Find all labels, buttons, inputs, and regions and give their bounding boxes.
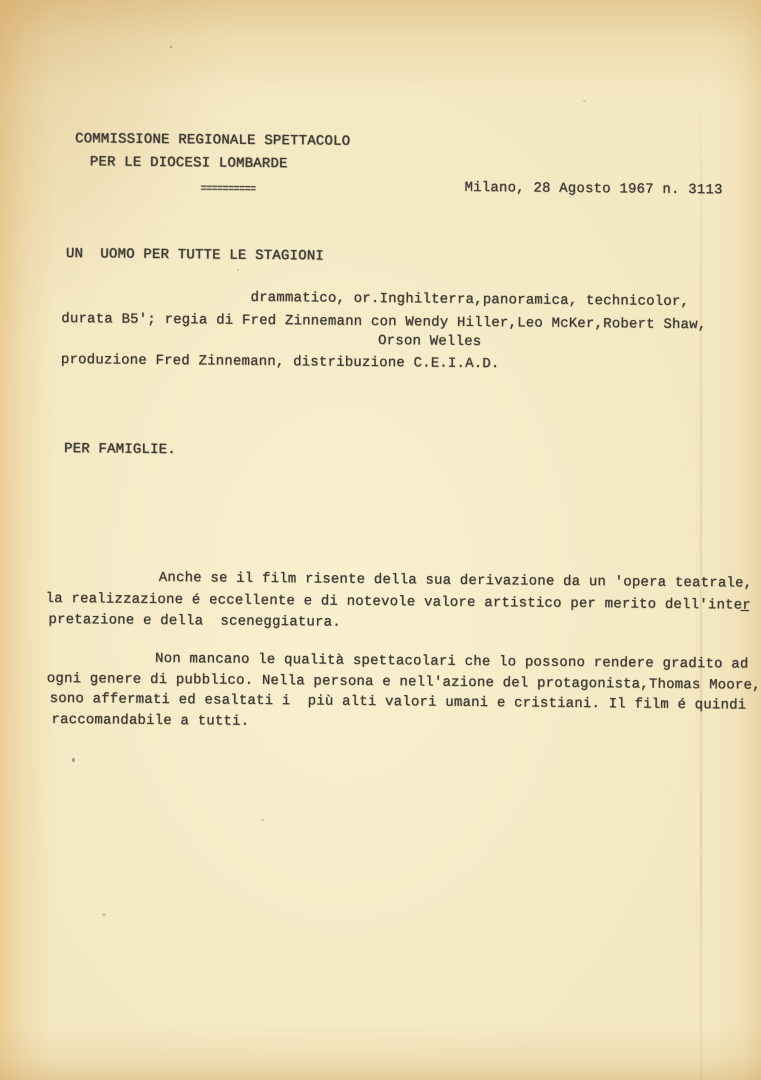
paper-speck [102,913,106,916]
film-credits-line3: Orson Welles [378,332,481,351]
review-paragraph1-line1: Anche se il film risente della sua deriv… [159,569,753,593]
review-paragraph2-line3: sono affermati ed esaltati i più alti va… [50,690,747,715]
paper-speck [72,758,75,762]
film-title: UN UOMO PER TUTTE LE STAGIONI [66,245,324,265]
scanned-document-page: COMMISSIONE REGIONALE SPETTACOLO PER LE … [0,0,761,1080]
paper-speck [237,269,239,271]
review-paragraph2-line1: Non mancano le qualità spettacolari che … [155,650,749,674]
review-paragraph2-line4: raccomandabile a tutti. [51,711,249,731]
organization-name-line2: PER LE DIOCESI LOMBARDE [90,153,288,173]
paper-speck [583,100,586,102]
typewritten-content: COMMISSIONE REGIONALE SPETTACOLO PER LE … [0,0,761,1080]
film-credits-line1: drammatico, or.Inghilterra,panoramica, t… [250,289,689,311]
film-credits-line4: produzione Fred Zinnemann, distribuzione… [61,351,500,373]
dateline: Milano, 28 Agosto 1967 n. 3113 [464,179,722,199]
organization-name-line1: COMMISSIONE REGIONALE SPETTACOLO [75,130,350,151]
paper-speck [170,46,172,48]
paper-speck [261,819,264,821]
film-credits-line2: durata B5'; regia di Fred Zinnemann con … [61,310,706,334]
classification-label: PER FAMIGLIE. [64,440,176,459]
letterhead-underline-marks: ========== [200,179,255,202]
review-paragraph1-line3: pretazione e della sceneggiatura. [48,611,341,632]
